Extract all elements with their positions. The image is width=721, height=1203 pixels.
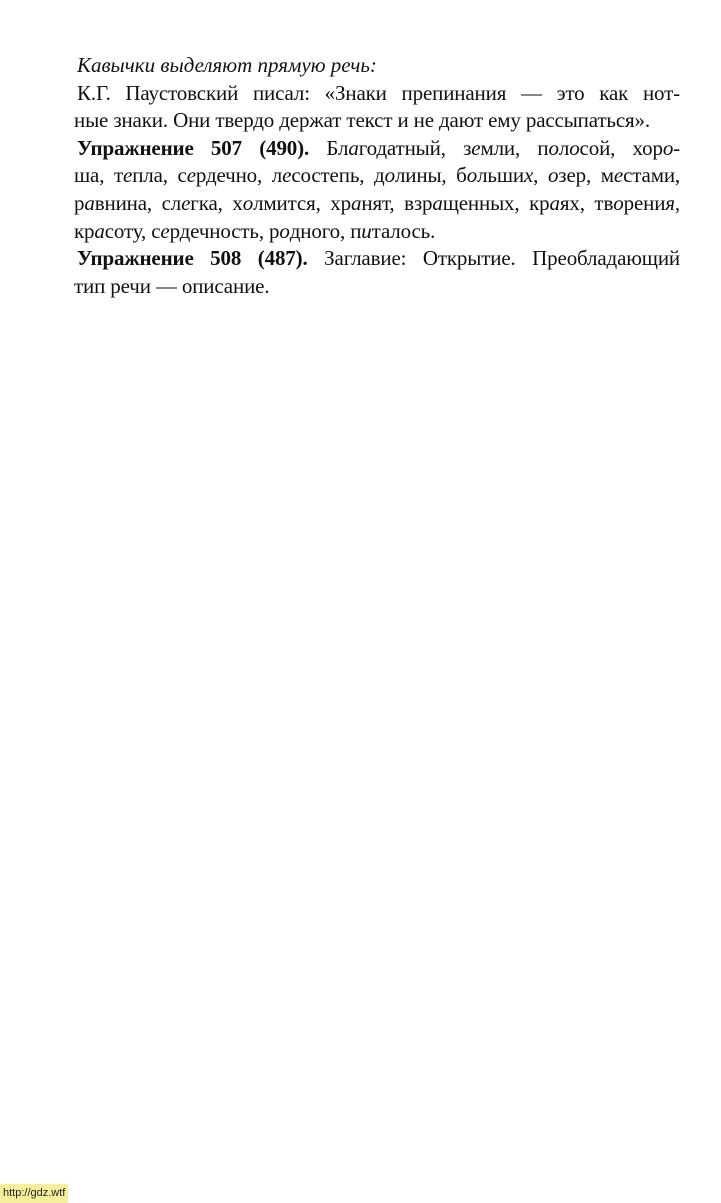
exercise-507-line-4-text: красоту, сердечность, родного, питалось. xyxy=(74,219,435,243)
italic-marked-letter: а xyxy=(84,191,94,215)
exercise-507-label: Упражнение 507 (490). xyxy=(77,136,309,160)
italic-marked-letter: е xyxy=(123,163,132,187)
italic-marked-letter: о xyxy=(467,163,477,187)
exercise-508-paragraph: Упражнение 508 (487). Заглавие: Открытие… xyxy=(74,245,680,300)
quote-line-2: ные знаки. Они твердо держат текст и не … xyxy=(74,107,680,135)
italic-marked-letter: е xyxy=(187,163,196,187)
heading-paragraph: Кавычки выделяют прямую речь: xyxy=(74,52,680,80)
exercise-508-line-1-text: Заглавие: Открытие. Преобладающий xyxy=(308,246,680,270)
quote-paragraph: К.Г. Паустовский писал: «Знаки препинани… xyxy=(74,80,680,135)
italic-marked-letter: я xyxy=(665,191,675,215)
exercise-508-line-1: Упражнение 508 (487). Заглавие: Открытие… xyxy=(74,245,680,273)
italic-marked-letter: о xyxy=(243,191,253,215)
italic-marked-letter: о xyxy=(548,163,558,187)
italic-marked-letter: о xyxy=(569,136,579,160)
italic-marked-letter: о xyxy=(279,219,289,243)
italic-marked-letter: е xyxy=(181,191,190,215)
italic-marked-letter: а xyxy=(550,191,560,215)
exercise-507-line-2-text: ша, тепла, сердечно, лесостепь, долины, … xyxy=(74,163,680,187)
italic-marked-letter: о xyxy=(548,136,558,160)
italic-marked-letter: е xyxy=(614,163,623,187)
exercise-508-label: Упражнение 508 (487). xyxy=(77,246,308,270)
italic-marked-letter: е xyxy=(160,219,169,243)
italic-marked-letter: а xyxy=(94,219,104,243)
exercise-507-line-2: ша, тепла, сердечно, лесостепь, долины, … xyxy=(74,162,680,190)
exercise-507-line-3: равнина, слегка, холмится, хранят, взращ… xyxy=(74,190,680,218)
italic-marked-letter: о xyxy=(613,191,623,215)
italic-marked-letter: х xyxy=(524,163,533,187)
italic-marked-letter: а xyxy=(351,191,361,215)
italic-marked-letter: о xyxy=(663,136,673,160)
section-heading: Кавычки выделяют прямую речь: xyxy=(74,52,680,80)
watermark-link[interactable]: http://gdz.wtf xyxy=(0,1184,68,1203)
italic-marked-letter: а xyxy=(432,191,442,215)
exercise-507-line-1-text: Благодатный, земли, полосой, хоро- xyxy=(309,136,680,160)
italic-marked-letter: а xyxy=(348,136,358,160)
exercise-508-line-2: тип речи — описание. xyxy=(74,273,680,301)
exercise-507-paragraph: Упражнение 507 (490). Благодатный, земли… xyxy=(74,135,680,245)
quote-line-1: К.Г. Паустовский писал: «Знаки препинани… xyxy=(74,80,680,108)
italic-marked-letter: е xyxy=(282,163,291,187)
italic-marked-letter: е xyxy=(471,136,480,160)
exercise-507-line-1: Упражнение 507 (490). Благодатный, земли… xyxy=(74,135,680,163)
document-page: Кавычки выделяют прямую речь: К.Г. Пауст… xyxy=(74,52,680,300)
exercise-507-line-3-text: равнина, слегка, холмится, хранят, взращ… xyxy=(74,191,680,215)
italic-marked-letter: и xyxy=(361,219,371,243)
exercise-507-line-4: красоту, сердечность, родного, питалось. xyxy=(74,218,680,246)
italic-marked-letter: о xyxy=(385,163,395,187)
